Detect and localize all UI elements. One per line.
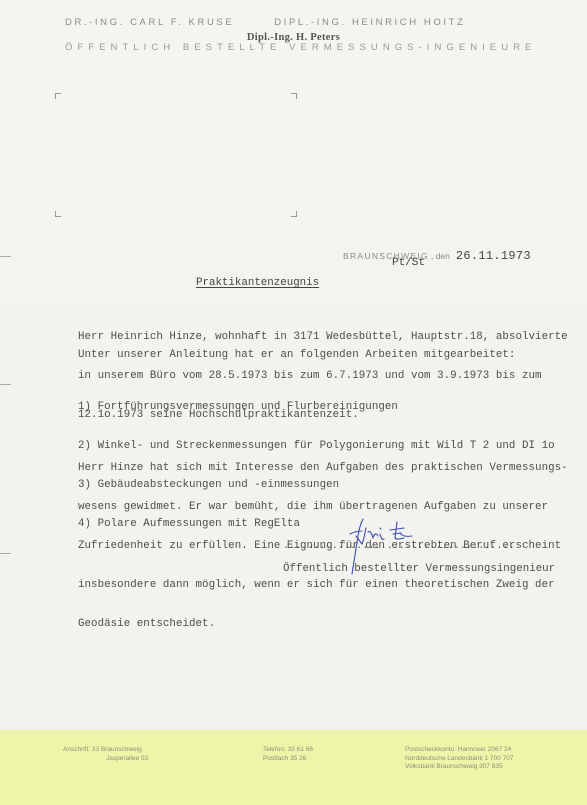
- footer-po-box: Postfach 35 26: [263, 755, 313, 764]
- letterhead-title: ÖFFENTLICH BESTELLTE VERMESSUNGS-INGENIE…: [65, 42, 536, 53]
- text-line: wesens gewidmet. Er war bemüht, die ihm …: [78, 501, 583, 514]
- footer-address-street: Jasperallee 53: [106, 755, 148, 764]
- text-line: Geodäsie entscheidet.: [78, 618, 583, 631]
- footer-address-city: Anschrift: 33 Braunschweig: [63, 746, 142, 755]
- letterhead-names: DR.-ING. CARL F. KRUSEDIPL.-ING. HEINRIC…: [65, 17, 465, 28]
- footer-phone: Telefon: 33 61 66: [263, 746, 313, 755]
- date-line: BRAUNSCHWEIG, den26.11.1973: [343, 246, 531, 264]
- footer-bank-details: Postscheckkonto: Hannover 2067 24 Nordde…: [405, 746, 513, 772]
- date-value: 26.11.1973: [456, 249, 531, 263]
- footer-bank-postscheck: Postscheckkonto: Hannover 2067 24: [405, 746, 513, 755]
- window-corner-mark-top-left: [55, 93, 61, 99]
- footer-contact: Telefon: 33 61 66 Postfach 35 26: [263, 746, 313, 763]
- fold-mark-bottom: [0, 553, 11, 554]
- reference-initials: Pt/St: [392, 257, 425, 269]
- footer-bank-landesbank: Norddeutsche Landesbank 1 700 707: [405, 755, 513, 764]
- footer-bank-volksbank: Volksbank Braunschweig 307 835: [405, 763, 513, 772]
- document-title: Praktikantenzeugnis: [196, 277, 319, 289]
- letterhead-name-kruse: DR.-ING. CARL F. KRUSE: [65, 17, 234, 28]
- text-line: Herr Hinze hat sich mit Interesse den Au…: [78, 462, 583, 475]
- handwritten-signature: [340, 514, 420, 579]
- text-line: Herr Heinrich Hinze, wohnhaft in 3171 We…: [78, 331, 583, 344]
- window-corner-mark-top-right: [291, 93, 297, 99]
- text-line: insbesondere dann möglich, wenn er sich …: [78, 579, 583, 592]
- window-corner-mark-bottom-left: [55, 211, 61, 217]
- letterhead-footer: Anschrift: 33 Braunschweig Jasperallee 5…: [0, 730, 587, 805]
- letter-page: DR.-ING. CARL F. KRUSEDIPL.-ING. HEINRIC…: [0, 0, 587, 805]
- paragraph-tasks-intro: Unter unserer Anleitung hat er an folgen…: [78, 349, 583, 362]
- fold-mark-top: [0, 256, 11, 257]
- task-item: 1) Fortführungsvermessungen und Flurbere…: [78, 401, 583, 414]
- window-corner-mark-bottom-right: [291, 211, 297, 217]
- letterhead-name-hoitz: DIPL.-ING. HEINRICH HOITZ: [274, 17, 465, 28]
- punch-mark-middle: [0, 384, 11, 385]
- date-den-label: , den: [431, 251, 450, 261]
